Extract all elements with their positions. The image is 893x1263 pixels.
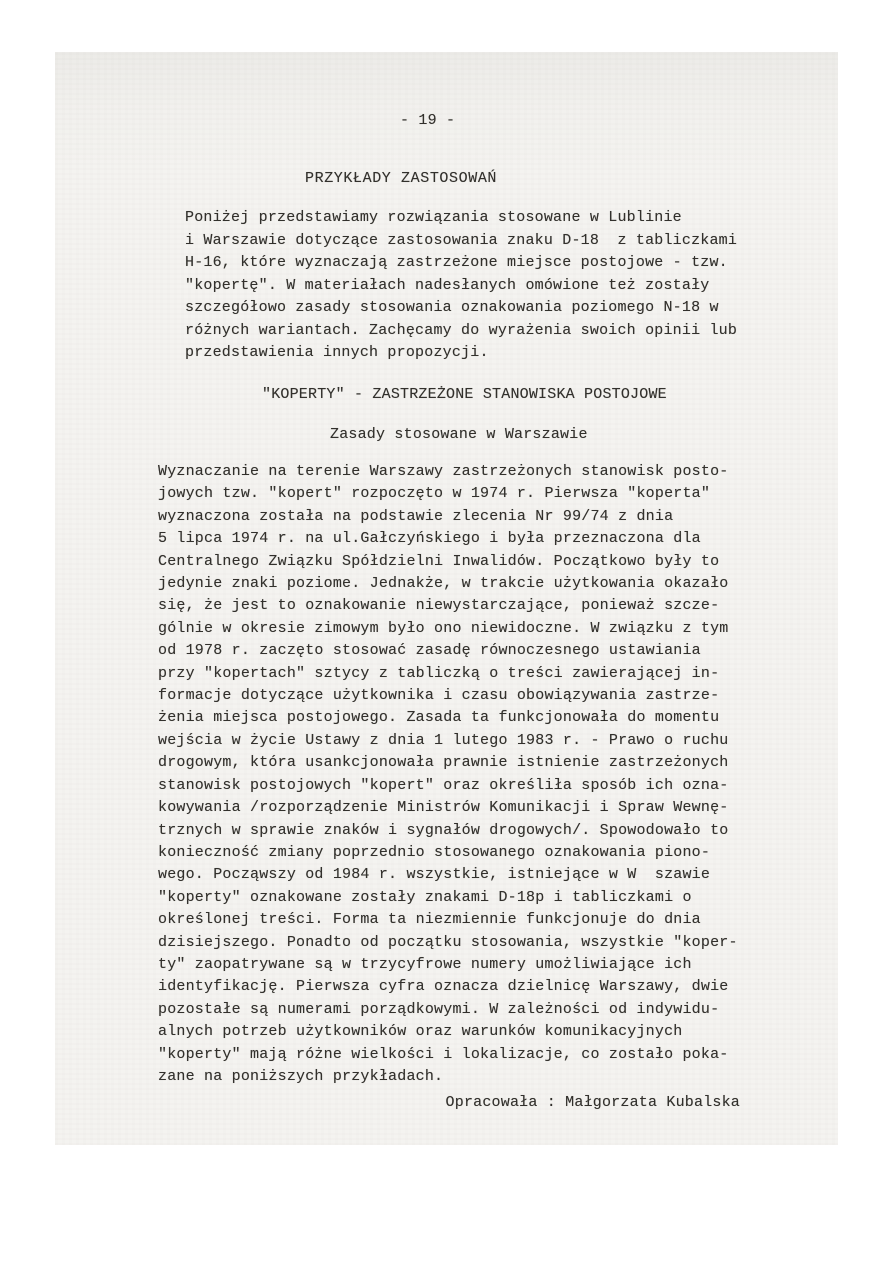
text-line: różnych wariantach. Zachęcamy do wyrażen…: [185, 320, 737, 343]
text-line: dzisiejszego. Ponadto od początku stosow…: [158, 932, 738, 954]
text-line: Centralnego Związku Spółdzielni Inwalidó…: [158, 551, 738, 573]
section-heading: "KOPERTY" - ZASTRZEŻONE STANOWISKA POSTO…: [262, 384, 667, 406]
text-line: kowywania /rozporządzenie Ministrów Komu…: [158, 797, 738, 819]
text-line: 5 lipca 1974 r. na ul.Gałczyńskiego i by…: [158, 528, 738, 550]
text-line: Poniżej przedstawiamy rozwiązania stosow…: [185, 207, 737, 230]
text-line: szczegółowo zasady stosowania oznakowani…: [185, 297, 737, 320]
intro-paragraph: Poniżej przedstawiamy rozwiązania stosow…: [185, 207, 737, 365]
text-line: przedstawienia innych propozycji.: [185, 342, 737, 365]
text-line: konieczność zmiany poprzednio stosowaneg…: [158, 842, 738, 864]
text-line: przy "kopertach" sztycy z tabliczką o tr…: [158, 663, 738, 685]
text-line: drogowym, która usankcjonowała prawnie i…: [158, 752, 738, 774]
text-line: "kopertę". W materiałach nadesłanych omó…: [185, 275, 737, 298]
text-line: jowych tzw. "kopert" rozpoczęto w 1974 r…: [158, 483, 738, 505]
text-line: i Warszawie dotyczące zastosowania znaku…: [185, 230, 737, 253]
text-line: określonej treści. Forma ta niezmiennie …: [158, 909, 738, 931]
text-line: się, że jest to oznakowanie niewystarcza…: [158, 595, 738, 617]
document-title: PRZYKŁADY ZASTOSOWAŃ: [305, 168, 497, 190]
text-line: zane na poniższych przykładach.: [158, 1066, 738, 1088]
text-line: gólnie w okresie zimowym było ono niewid…: [158, 618, 738, 640]
signature-line: Opracowała : Małgorzata Kubalska: [446, 1092, 740, 1114]
page-number: - 19 -: [400, 110, 455, 132]
text-line: Wyznaczanie na terenie Warszawy zastrzeż…: [158, 461, 738, 483]
text-line: żenia miejsca postojowego. Zasada ta fun…: [158, 707, 738, 729]
text-line: wejścia w życie Ustawy z dnia 1 lutego 1…: [158, 730, 738, 752]
text-line: jedynie znaki poziome. Jednakże, w trakc…: [158, 573, 738, 595]
text-line: wyznaczona została na podstawie zlecenia…: [158, 506, 738, 528]
text-line: "koperty" mają różne wielkości i lokaliz…: [158, 1044, 738, 1066]
text-line: "koperty" oznakowane zostały znakami D-1…: [158, 887, 738, 909]
text-line: stanowisk postojowych "kopert" oraz okre…: [158, 775, 738, 797]
text-line: trznych w sprawie znaków i sygnałów drog…: [158, 820, 738, 842]
text-line: formacje dotyczące użytkownika i czasu o…: [158, 685, 738, 707]
subsection-heading: Zasady stosowane w Warszawie: [330, 424, 588, 446]
body-paragraph: Wyznaczanie na terenie Warszawy zastrzeż…: [158, 461, 738, 1088]
text-line: identyfikację. Pierwsza cyfra oznacza dz…: [158, 976, 738, 998]
paper-sheet: - 19 - PRZYKŁADY ZASTOSOWAŃ Poniżej prze…: [55, 52, 838, 1145]
text-line: alnych potrzeb użytkowników oraz warunkó…: [158, 1021, 738, 1043]
text-line: H-16, które wyznaczają zastrzeżone miejs…: [185, 252, 737, 275]
text-line: pozostałe są numerami porządkowymi. W za…: [158, 999, 738, 1021]
text-line: od 1978 r. zaczęto stosować zasadę równo…: [158, 640, 738, 662]
text-line: wego. Począwszy od 1984 r. wszystkie, is…: [158, 864, 738, 886]
text-line: ty" zaopatrywane są w trzycyfrowe numery…: [158, 954, 738, 976]
